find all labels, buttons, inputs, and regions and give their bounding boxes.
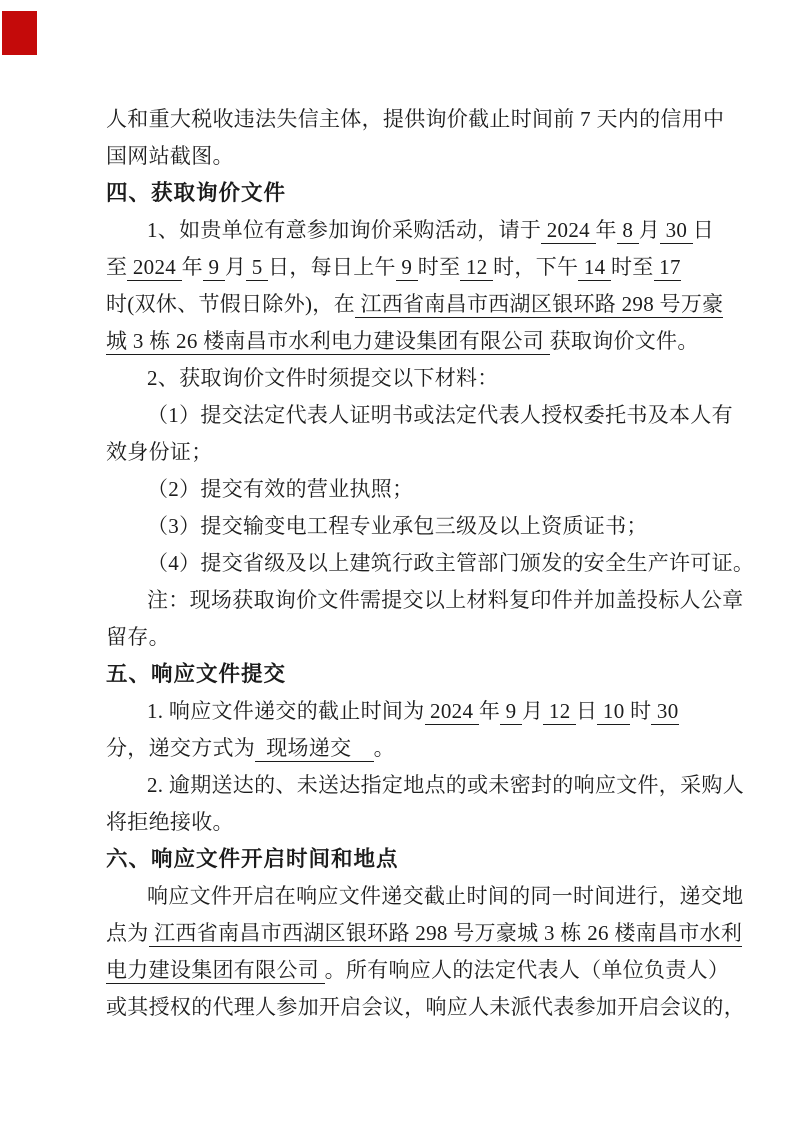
text-line: 2、获取询价文件时须提交以下材料： — [106, 360, 718, 397]
text-segment: （2）提交有效的营业执照； — [147, 477, 413, 501]
section-heading: 六、响应文件开启时间和地点 — [106, 841, 718, 878]
text-segment: 年 — [596, 218, 617, 242]
document-page: 人和重大税收违法失信主体，提供询价截止时间前 7 天内的信用中国网站截图。四、获… — [0, 0, 800, 1132]
text-segment: 留存。 — [106, 625, 170, 649]
filled-blank: 江西省南昌市西湖区银环路 298 号万豪城 3 栋 26 楼南昌市水利 — [149, 921, 743, 947]
text-segment: 四、获取询价文件 — [106, 181, 286, 205]
text-segment: 响应文件开启在响应文件递交截止时间的同一时间进行，递交地 — [147, 884, 743, 908]
text-line: 分，递交方式为 现场递交 。 — [106, 730, 718, 767]
filled-blank: 12 — [460, 255, 493, 281]
filled-blank: 现场递交 — [255, 736, 374, 762]
text-segment: 分，递交方式为 — [106, 736, 255, 760]
text-segment: 六、响应文件开启时间和地点 — [106, 847, 399, 871]
text-segment: 2、获取询价文件时须提交以下材料： — [147, 366, 499, 390]
text-line: 时(双休、节假日除外)，在 江西省南昌市西湖区银环路 298 号万豪 — [106, 286, 718, 323]
text-line: 响应文件开启在响应文件递交截止时间的同一时间进行，递交地 — [106, 878, 718, 915]
text-segment: 时(双休、节假日除外)，在 — [106, 292, 355, 316]
filled-blank: 城 3 栋 26 楼南昌市水利电力建设集团有限公司 — [106, 329, 550, 355]
filled-blank: 9 — [500, 699, 522, 725]
text-segment: （4）提交省级及以上建筑行政主管部门颁发的安全生产许可证。 — [147, 551, 754, 575]
text-segment: 年 — [479, 699, 500, 723]
text-line: （4）提交省级及以上建筑行政主管部门颁发的安全生产许可证。 — [106, 545, 718, 582]
text-segment: 日 — [693, 218, 714, 242]
filled-blank: 12 — [543, 699, 576, 725]
text-segment: 月 — [522, 699, 543, 723]
text-line: 人和重大税收违法失信主体，提供询价截止时间前 7 天内的信用中 — [106, 101, 718, 138]
text-segment: 月 — [225, 255, 246, 279]
filled-blank: 9 — [203, 255, 225, 281]
text-line: （3）提交输变电工程专业承包三级及以上资质证书； — [106, 508, 718, 545]
filled-blank: 30 — [660, 218, 693, 244]
filled-blank: 8 — [617, 218, 639, 244]
filled-blank: 5 — [246, 255, 268, 281]
filled-blank: 17 — [654, 255, 681, 281]
filled-blank: 2024 — [541, 218, 595, 244]
text-line: 城 3 栋 26 楼南昌市水利电力建设集团有限公司 获取询价文件。 — [106, 323, 718, 360]
text-segment: 获取询价文件。 — [550, 329, 699, 353]
text-segment: 年 — [182, 255, 203, 279]
text-line: 效身份证； — [106, 434, 718, 471]
section-heading: 四、获取询价文件 — [106, 175, 718, 212]
filled-blank: 30 — [651, 699, 678, 725]
section-heading: 五、响应文件提交 — [106, 656, 718, 693]
text-segment: 至 — [106, 255, 127, 279]
text-segment: 日 — [576, 699, 597, 723]
filled-blank: 2024 — [127, 255, 181, 281]
text-line: 或其授权的代理人参加开启会议，响应人未派代表参加开启会议的， — [106, 989, 718, 1026]
text-line: 至 2024 年 9 月 5 日，每日上午 9 时至 12 时，下午 14 时至… — [106, 249, 718, 286]
text-line: （1）提交法定代表人证明书或法定代表人授权委托书及本人有 — [106, 397, 718, 434]
text-segment: 1、如贵单位有意参加询价采购活动，请于 — [147, 218, 541, 242]
text-segment: （1）提交法定代表人证明书或法定代表人授权委托书及本人有 — [147, 403, 733, 427]
text-line: 注：现场获取询价文件需提交以上材料复印件并加盖投标人公章 — [106, 582, 718, 619]
text-segment: 或其授权的代理人参加开启会议，响应人未派代表参加开启会议的， — [106, 995, 745, 1019]
filled-blank: 14 — [578, 255, 611, 281]
text-segment: 。 — [374, 736, 395, 760]
text-segment: 时，下午 — [493, 255, 578, 279]
document-text: 人和重大税收违法失信主体，提供询价截止时间前 7 天内的信用中国网站截图。四、获… — [106, 101, 718, 1026]
text-segment: 日，每日上午 — [268, 255, 396, 279]
filled-blank: 江西省南昌市西湖区银环路 298 号万豪 — [355, 292, 724, 318]
text-segment: 五、响应文件提交 — [106, 662, 286, 686]
filled-blank: 10 — [597, 699, 630, 725]
filled-blank: 2024 — [425, 699, 479, 725]
text-line: 电力建设集团有限公司 。所有响应人的法定代表人（单位负责人） — [106, 952, 718, 989]
text-segment: 月 — [639, 218, 660, 242]
filled-blank: 9 — [396, 255, 418, 281]
text-line: 点为 江西省南昌市西湖区银环路 298 号万豪城 3 栋 26 楼南昌市水利 — [106, 915, 718, 952]
text-segment: 效身份证； — [106, 440, 213, 464]
text-segment: 人和重大税收违法失信主体，提供询价截止时间前 7 天内的信用中 — [106, 107, 724, 131]
text-line: 2. 逾期送达的、未送达指定地点的或未密封的响应文件，采购人 — [106, 767, 718, 804]
text-line: 1. 响应文件递交的截止时间为 2024 年 9 月 12 日 10 时 30 — [106, 693, 718, 730]
text-segment: 时至 — [611, 255, 654, 279]
text-line: 1、如贵单位有意参加询价采购活动，请于 2024 年 8 月 30 日 — [106, 212, 718, 249]
text-segment: 1. 响应文件递交的截止时间为 — [147, 699, 425, 723]
text-segment: （3）提交输变电工程专业承包三级及以上资质证书； — [147, 514, 648, 538]
red-stamp-mark — [2, 11, 37, 55]
text-line: （2）提交有效的营业执照； — [106, 471, 718, 508]
text-line: 留存。 — [106, 619, 718, 656]
text-segment: 时至 — [418, 255, 461, 279]
text-segment: 注：现场获取询价文件需提交以上材料复印件并加盖投标人公章 — [147, 588, 743, 612]
text-line: 国网站截图。 — [106, 138, 718, 175]
filled-blank: 电力建设集团有限公司 — [106, 958, 325, 984]
text-segment: 将拒绝接收。 — [106, 810, 234, 834]
text-segment: 。所有响应人的法定代表人（单位负责人） — [325, 958, 730, 982]
text-line: 将拒绝接收。 — [106, 804, 718, 841]
text-segment: 点为 — [106, 921, 149, 945]
text-segment: 2. 逾期送达的、未送达指定地点的或未密封的响应文件，采购人 — [147, 773, 744, 797]
text-segment: 时 — [630, 699, 651, 723]
text-segment: 国网站截图。 — [106, 144, 234, 168]
